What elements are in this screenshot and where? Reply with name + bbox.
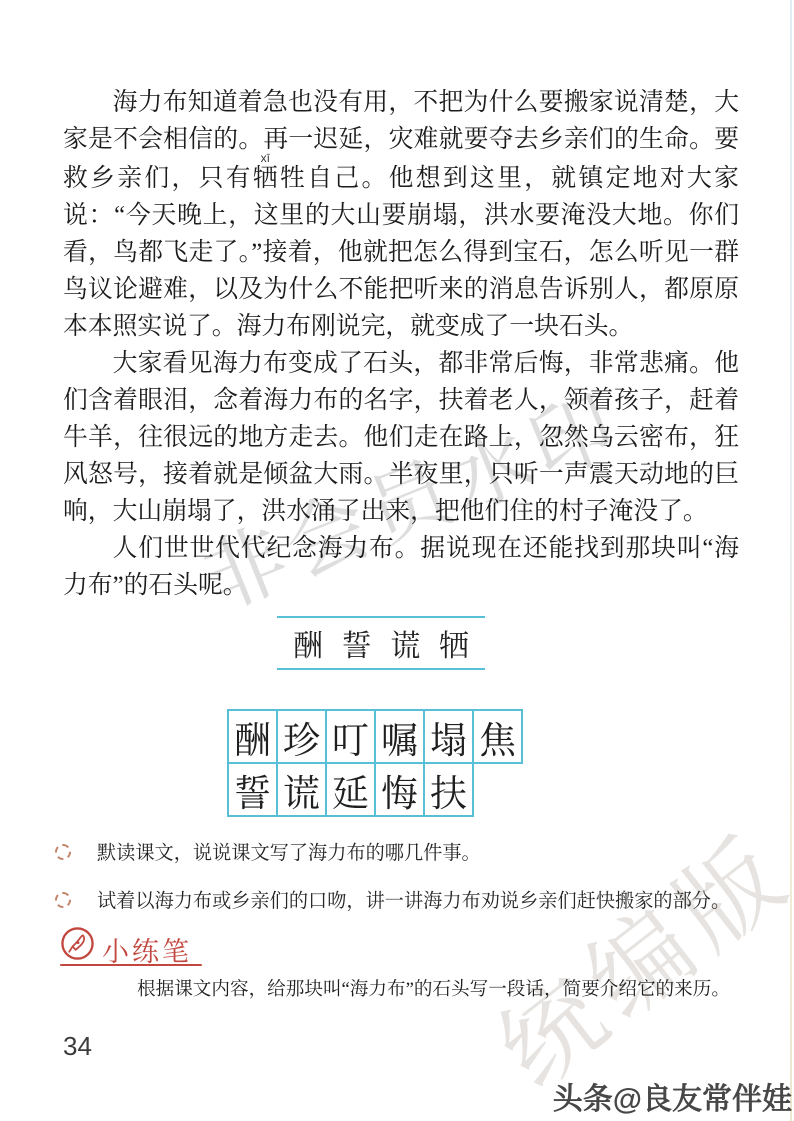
- ruby-pinyin: xī: [253, 151, 278, 165]
- question-text: 试着以海力布或乡亲们的口吻，讲一讲海力布劝说乡亲们赶快搬家的部分。: [97, 888, 730, 915]
- grid-row-2: 誓 谎 延 悔 扶: [227, 762, 521, 817]
- question-item-1: 默读课文，说说课文写了海力布的哪几件事。: [55, 840, 755, 867]
- vocabulary-box: 酬 誓 谎 牺: [277, 616, 485, 670]
- paragraph-2: 大家看见海力布变成了石头，都非常后悔，非常悲痛。他们含着眼泪，念着海力布的名字，…: [63, 345, 739, 530]
- page-number: 34: [63, 1031, 92, 1062]
- writing-practice-grid: 酬 珍 叮 嘱 塌 焦 誓 谎 延 悔 扶: [227, 709, 521, 817]
- vocab-char: 牺: [439, 621, 469, 665]
- grid-cell: 酬: [227, 709, 278, 764]
- grid-cell: 焦: [472, 709, 523, 764]
- grid-cell: 谎: [276, 762, 327, 817]
- textbook-page: 非会员水印 统编版 海力布知道着急也没有用，不把为什么要搬家说清楚，大家是不会相…: [0, 0, 794, 1121]
- story-text: 海力布知道着急也没有用，不把为什么要搬家说清楚，大家是不会相信的。再一迟延，灾难…: [63, 84, 739, 604]
- grid-cell: 誓: [227, 762, 278, 817]
- question-item-2: 试着以海力布或乡亲们的口吻，讲一讲海力布劝说乡亲们赶快搬家的部分。: [55, 888, 755, 915]
- pen-nib-icon: [60, 926, 95, 961]
- dashed-circle-bullet-icon: [55, 844, 71, 860]
- vocab-char: 誓: [342, 621, 372, 665]
- dashed-circle-bullet-icon: [55, 892, 71, 908]
- ruby-annotated-char: 牺xī: [253, 165, 280, 192]
- page-edge-line: [790, 0, 792, 1121]
- grid-cell: 珍: [276, 709, 327, 764]
- paragraph-1: 海力布知道着急也没有用，不把为什么要搬家说清楚，大家是不会相信的。再一迟延，灾难…: [63, 84, 739, 345]
- grid-cell: 悔: [374, 762, 425, 817]
- red-underline: [60, 964, 202, 966]
- grid-cell: 扶: [423, 762, 474, 817]
- question-text: 默读课文，说说课文写了海力布的哪几件事。: [97, 840, 481, 867]
- grid-cell: 叮: [325, 709, 376, 764]
- grid-cell: 延: [325, 762, 376, 817]
- grid-cell: 嘱: [374, 709, 425, 764]
- ruby-base-char: 牺: [253, 165, 280, 192]
- watermark-bottom-credit: 头条@良友常伴娃: [553, 1074, 792, 1118]
- vocab-char: 谎: [390, 621, 420, 665]
- paragraph-3: 人们世世代代纪念海力布。据说现在还能找到那块叫“海力布”的石头呢。: [63, 530, 739, 604]
- vocab-char: 酬: [293, 621, 323, 665]
- grid-cell: 塌: [423, 709, 474, 764]
- grid-row-1: 酬 珍 叮 嘱 塌 焦: [227, 709, 521, 764]
- mini-writing-prompt: 根据课文内容，给那块叫“海力布”的石头写一段话，简要介绍它的来历。: [137, 975, 730, 1001]
